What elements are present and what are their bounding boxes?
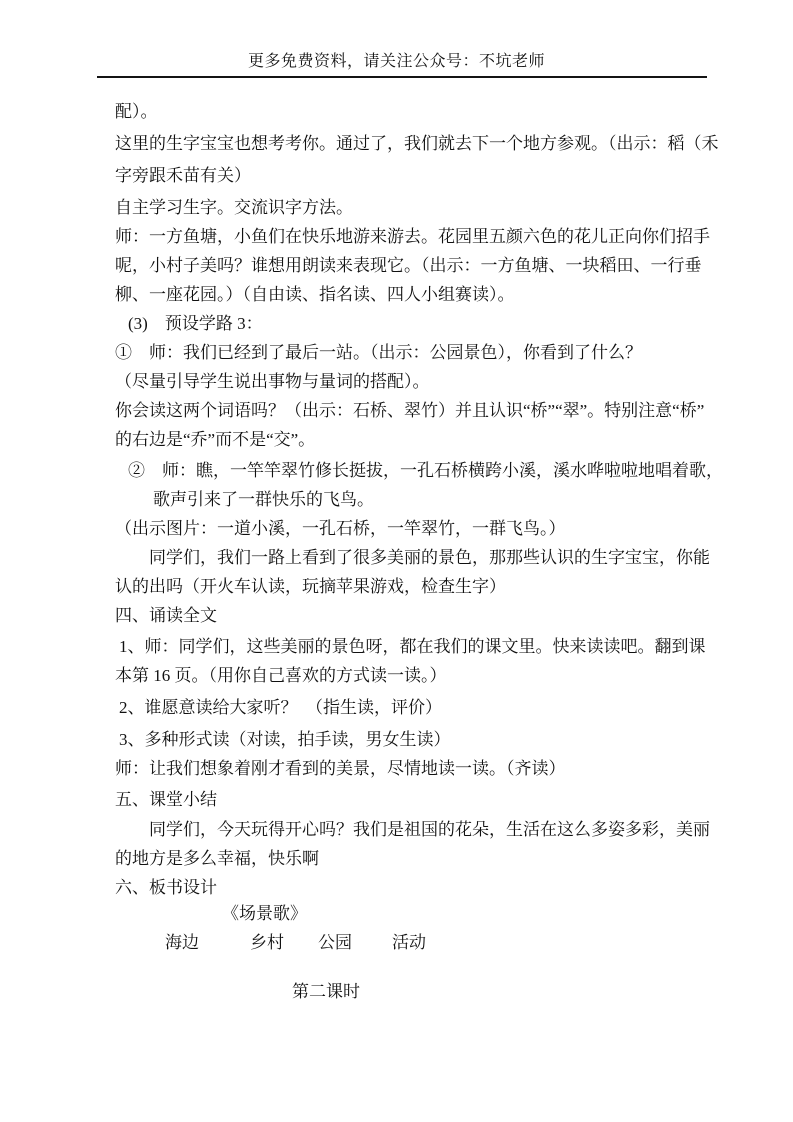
document-body: 配）。 这里的生字宝宝也想考考你。通过了，我们就去下一个地方参观。（出示：稻（禾… [115, 0, 715, 1006]
text-line: 柳、一座花园。）（自由读、指名读、四人小组赛读）。 [115, 280, 715, 309]
text-line: （尽量引导学生说出事物与量词的搭配）。 [115, 367, 715, 396]
text-line: 同学们，我们一路上看到了很多美丽的景色，那那些认识的生字宝宝，你能 [149, 543, 715, 572]
text-line: 配）。 [115, 97, 715, 126]
blackboard-item: 海边 [165, 928, 199, 957]
text-line: 自主学习生字。交流识字方法。 [115, 193, 715, 222]
text-line: 同学们，今天玩得开心吗？我们是祖国的花朵，生活在这么多姿多彩，美丽 [149, 815, 715, 844]
text-line: 这里的生字宝宝也想考考你。通过了，我们就去下一个地方参观。（出示：稻（禾 [115, 129, 715, 158]
blackboard-item: 公园 [318, 928, 352, 957]
text-line: 本第 16 页。（用你自己喜欢的方式读一读。） [115, 661, 715, 690]
text-line: 师：一方鱼塘，小鱼们在快乐地游来游去。花园里五颜六色的花儿正向你们招手 [115, 222, 715, 251]
section-heading-line: 六、板书设计 [115, 873, 715, 902]
text-line: 的右边是“乔”而不是“交”。 [115, 425, 715, 454]
text-line: ① 师：我们已经到了最后一站。（出示：公园景色），你看到了什么？ [115, 338, 715, 367]
text-line: 师：让我们想象着刚才看到的美景，尽情地读一读。（齐读） [115, 754, 715, 783]
text-line: 字旁跟禾苗有关） [115, 161, 715, 190]
text-line: ② 师：瞧，一竿竿翠竹修长挺拔，一孔石桥横跨小溪，溪水哗啦啦地唱着歌， [128, 456, 715, 485]
text-line: 1、师：同学们，这些美丽的景色呀，都在我们的课文里。快来读读吧。翻到课 [119, 632, 715, 661]
text-line: （出示图片：一道小溪，一孔石桥，一竿翠竹，一群飞鸟。） [115, 514, 715, 543]
text-line: 歌声引来了一群快乐的飞鸟。 [153, 485, 715, 514]
blackboard-title: 《场景歌》 [222, 899, 715, 928]
text-line: (3) 预设学路 3： [128, 309, 715, 338]
text-line: 呢，小村子美吗？谁想用朗读来表现它。（出示：一方鱼塘、一块稻田、一行垂 [115, 251, 715, 280]
blackboard-item: 乡村 [250, 928, 284, 957]
text-line: 2、谁愿意读给大家听？ （指生读，评价） [119, 693, 715, 722]
text-line: 你会读这两个词语吗？（出示：石桥、翠竹）并且认识“桥”“翠”。特别注意“桥” [115, 396, 715, 425]
text-line: 的地方是多么幸福，快乐啊 [115, 844, 715, 873]
section-heading-line: 五、课堂小结 [115, 785, 715, 814]
session-heading: 第二课时 [292, 977, 715, 1006]
blackboard-item: 活动 [392, 928, 426, 957]
document-page: 更多免费资料，请关注公众号：不坑老师 配）。 这里的生字宝宝也想考考你。通过了，… [0, 0, 793, 1122]
text-line: 认的出吗（开火车认读，玩摘苹果游戏，检查生字） [115, 572, 715, 601]
blackboard-items: 海边 乡村 公园 活动 [165, 928, 715, 957]
section-heading-line: 四、诵读全文 [115, 601, 715, 630]
text-line: 3、多种形式读（对读，拍手读，男女生读） [119, 725, 715, 754]
